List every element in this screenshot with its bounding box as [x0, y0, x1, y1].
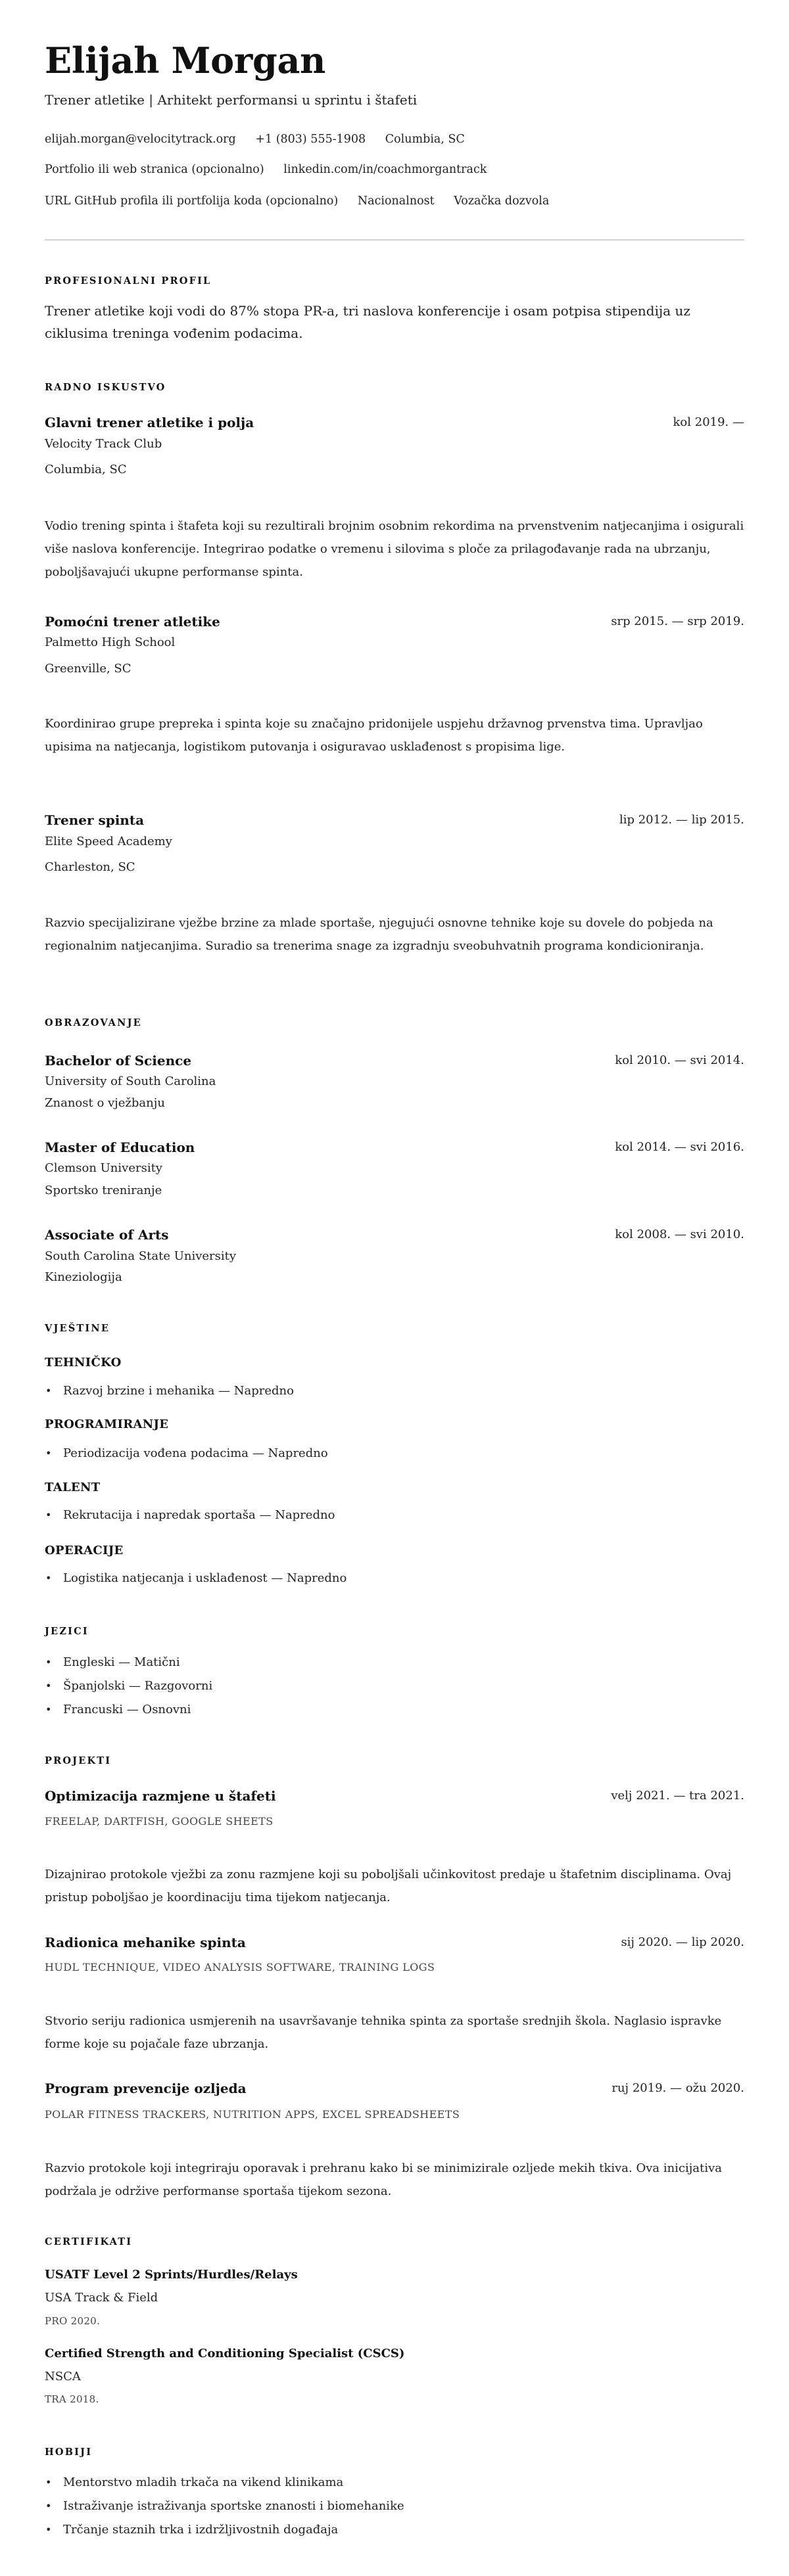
contact-row-3: URL GitHub profila ili portfolija koda (…	[45, 193, 549, 210]
skill-category: PROGRAMIRANJE	[45, 1416, 168, 1433]
skill-category: OPERACIJE	[45, 1542, 124, 1559]
job-dates: kol 2019. —	[673, 413, 744, 432]
degree-title: Master of Education	[45, 1138, 195, 1157]
certification-issuer: NSCA	[45, 2368, 81, 2385]
project-tech-stack: FREELAP, DARTFISH, GOOGLE SHEETS	[45, 1814, 274, 1829]
portfolio-link[interactable]: Portfolio ili web stranica (opcionalno)	[45, 163, 264, 176]
job-description: Vodio trening spinta i štafeta koji su r…	[45, 515, 744, 584]
certification-date: PRO 2020.	[45, 2314, 100, 2328]
language-item: Španjolski — Razgovorni	[45, 1678, 212, 1695]
project-title: Radionica mehanike spinta	[45, 1933, 246, 1952]
contact-row-1: elijah.morgan@velocitytrack.org +1 (803)…	[45, 131, 465, 148]
project-description: Razvio protokole koji integriraju oporav…	[45, 2157, 744, 2203]
skill-item: Periodizacija vođena podacima — Napredno	[45, 1445, 328, 1462]
job-location: Columbia, SC	[45, 461, 127, 478]
project-dates: sij 2020. — lip 2020.	[621, 1933, 744, 1952]
section-heading-experience: RADNO ISKUSTVO	[45, 381, 166, 394]
candidate-name: Elijah Morgan	[45, 39, 325, 81]
certification-title: USATF Level 2 Sprints/Hurdles/Relays	[45, 2266, 298, 2284]
institution-name: South Carolina State University	[45, 1248, 236, 1265]
job-description: Koordinirao grupe prepreka i spinta koje…	[45, 712, 744, 758]
hobby-item: Mentorstvo mladih trkača na vikend klini…	[45, 2474, 343, 2491]
language-item: Francuski — Osnovni	[45, 1701, 191, 1718]
skill-item: Rekrutacija i napredak sportaša — Napred…	[45, 1507, 335, 1524]
linkedin-link[interactable]: linkedin.com/in/coachmorgantrack	[283, 163, 487, 176]
github-link[interactable]: URL GitHub profila ili portfolija koda (…	[45, 195, 338, 208]
location-text: Columbia, SC	[385, 133, 465, 146]
certification-date: TRA 2018.	[45, 2392, 99, 2406]
drivers-license-text: Vozačka dozvola	[454, 195, 549, 208]
job-company: Palmetto High School	[45, 634, 175, 651]
job-dates: srp 2015. — srp 2019.	[611, 612, 744, 632]
contact-row-2: Portfolio ili web stranica (opcionalno) …	[45, 161, 487, 178]
job-location: Charleston, SC	[45, 859, 135, 876]
job-location: Greenville, SC	[45, 660, 131, 678]
project-tech-stack: POLAR FITNESS TRACKERS, NUTRITION APPS, …	[45, 2107, 460, 2123]
certification-issuer: USA Track & Field	[45, 2289, 158, 2307]
hobby-item: Istraživanje istraživanja sportske znano…	[45, 2498, 404, 2515]
project-title: Program prevencije ozljeda	[45, 2079, 247, 2098]
section-heading-hobbies: HOBIJI	[45, 2446, 92, 2459]
phone-text: +1 (803) 555-1908	[255, 133, 366, 146]
institution-name: University of South Carolina	[45, 1073, 216, 1090]
section-heading-certifications: CERTIFIKATI	[45, 2236, 132, 2249]
project-tech-stack: HUDL TECHNIQUE, VIDEO ANALYSIS SOFTWARE,…	[45, 1960, 435, 1975]
section-heading-languages: JEZICI	[45, 1625, 89, 1638]
candidate-headline: Trener atletike | Arhitekt performansi u…	[45, 91, 417, 109]
project-description: Stvorio seriju radionica usmjerenih na u…	[45, 2010, 744, 2056]
skill-item: Logistika natjecanja i usklađenost — Nap…	[45, 1570, 347, 1587]
education-dates: kol 2008. — svi 2010.	[615, 1225, 744, 1245]
degree-title: Bachelor of Science	[45, 1051, 191, 1070]
section-heading-profile: PROFESIONALNI PROFIL	[45, 275, 211, 288]
job-dates: lip 2012. — lip 2015.	[619, 810, 744, 830]
language-item: Engleski — Matični	[45, 1654, 180, 1671]
section-heading-skills: VJEŠTINE	[45, 1322, 110, 1335]
field-of-study: Sportsko treniranje	[45, 1182, 162, 1199]
job-title: Pomoćni trener atletike	[45, 612, 220, 632]
job-company: Elite Speed Academy	[45, 833, 172, 850]
education-dates: kol 2010. — svi 2014.	[615, 1051, 744, 1070]
job-title: Glavni trener atletike i polja	[45, 413, 254, 432]
section-heading-education: OBRAZOVANJE	[45, 1017, 142, 1030]
project-title: Optimizacija razmjene u štafeti	[45, 1786, 276, 1806]
degree-title: Associate of Arts	[45, 1225, 169, 1245]
education-dates: kol 2014. — svi 2016.	[615, 1138, 744, 1157]
section-heading-projects: PROJEKTI	[45, 1755, 111, 1768]
nationality-text: Nacionalnost	[358, 195, 435, 208]
skill-category: TEHNIČKO	[45, 1354, 122, 1371]
field-of-study: Znanost o vježbanju	[45, 1095, 165, 1112]
project-description: Dizajnirao protokole vježbi za zonu razm…	[45, 1863, 744, 1909]
skill-item: Razvoj brzine i mehanika — Napredno	[45, 1383, 294, 1400]
hobby-item: Trčanje staznih trka i izdržljivostnih d…	[45, 2521, 338, 2539]
profile-summary: Trener atletike koji vodi do 87% stopa P…	[45, 300, 744, 344]
project-dates: ruj 2019. — ožu 2020.	[611, 2079, 744, 2098]
project-dates: velj 2021. — tra 2021.	[611, 1786, 744, 1806]
institution-name: Clemson University	[45, 1160, 162, 1177]
email-link[interactable]: elijah.morgan@velocitytrack.org	[45, 133, 236, 146]
certification-title: Certified Strength and Conditioning Spec…	[45, 2345, 404, 2362]
skill-category: TALENT	[45, 1479, 100, 1496]
job-description: Razvio specijalizirane vježbe brzine za …	[45, 911, 744, 957]
header-divider	[45, 239, 744, 241]
field-of-study: Kineziologija	[45, 1269, 122, 1286]
job-company: Velocity Track Club	[45, 436, 162, 453]
job-title: Trener spinta	[45, 810, 144, 830]
